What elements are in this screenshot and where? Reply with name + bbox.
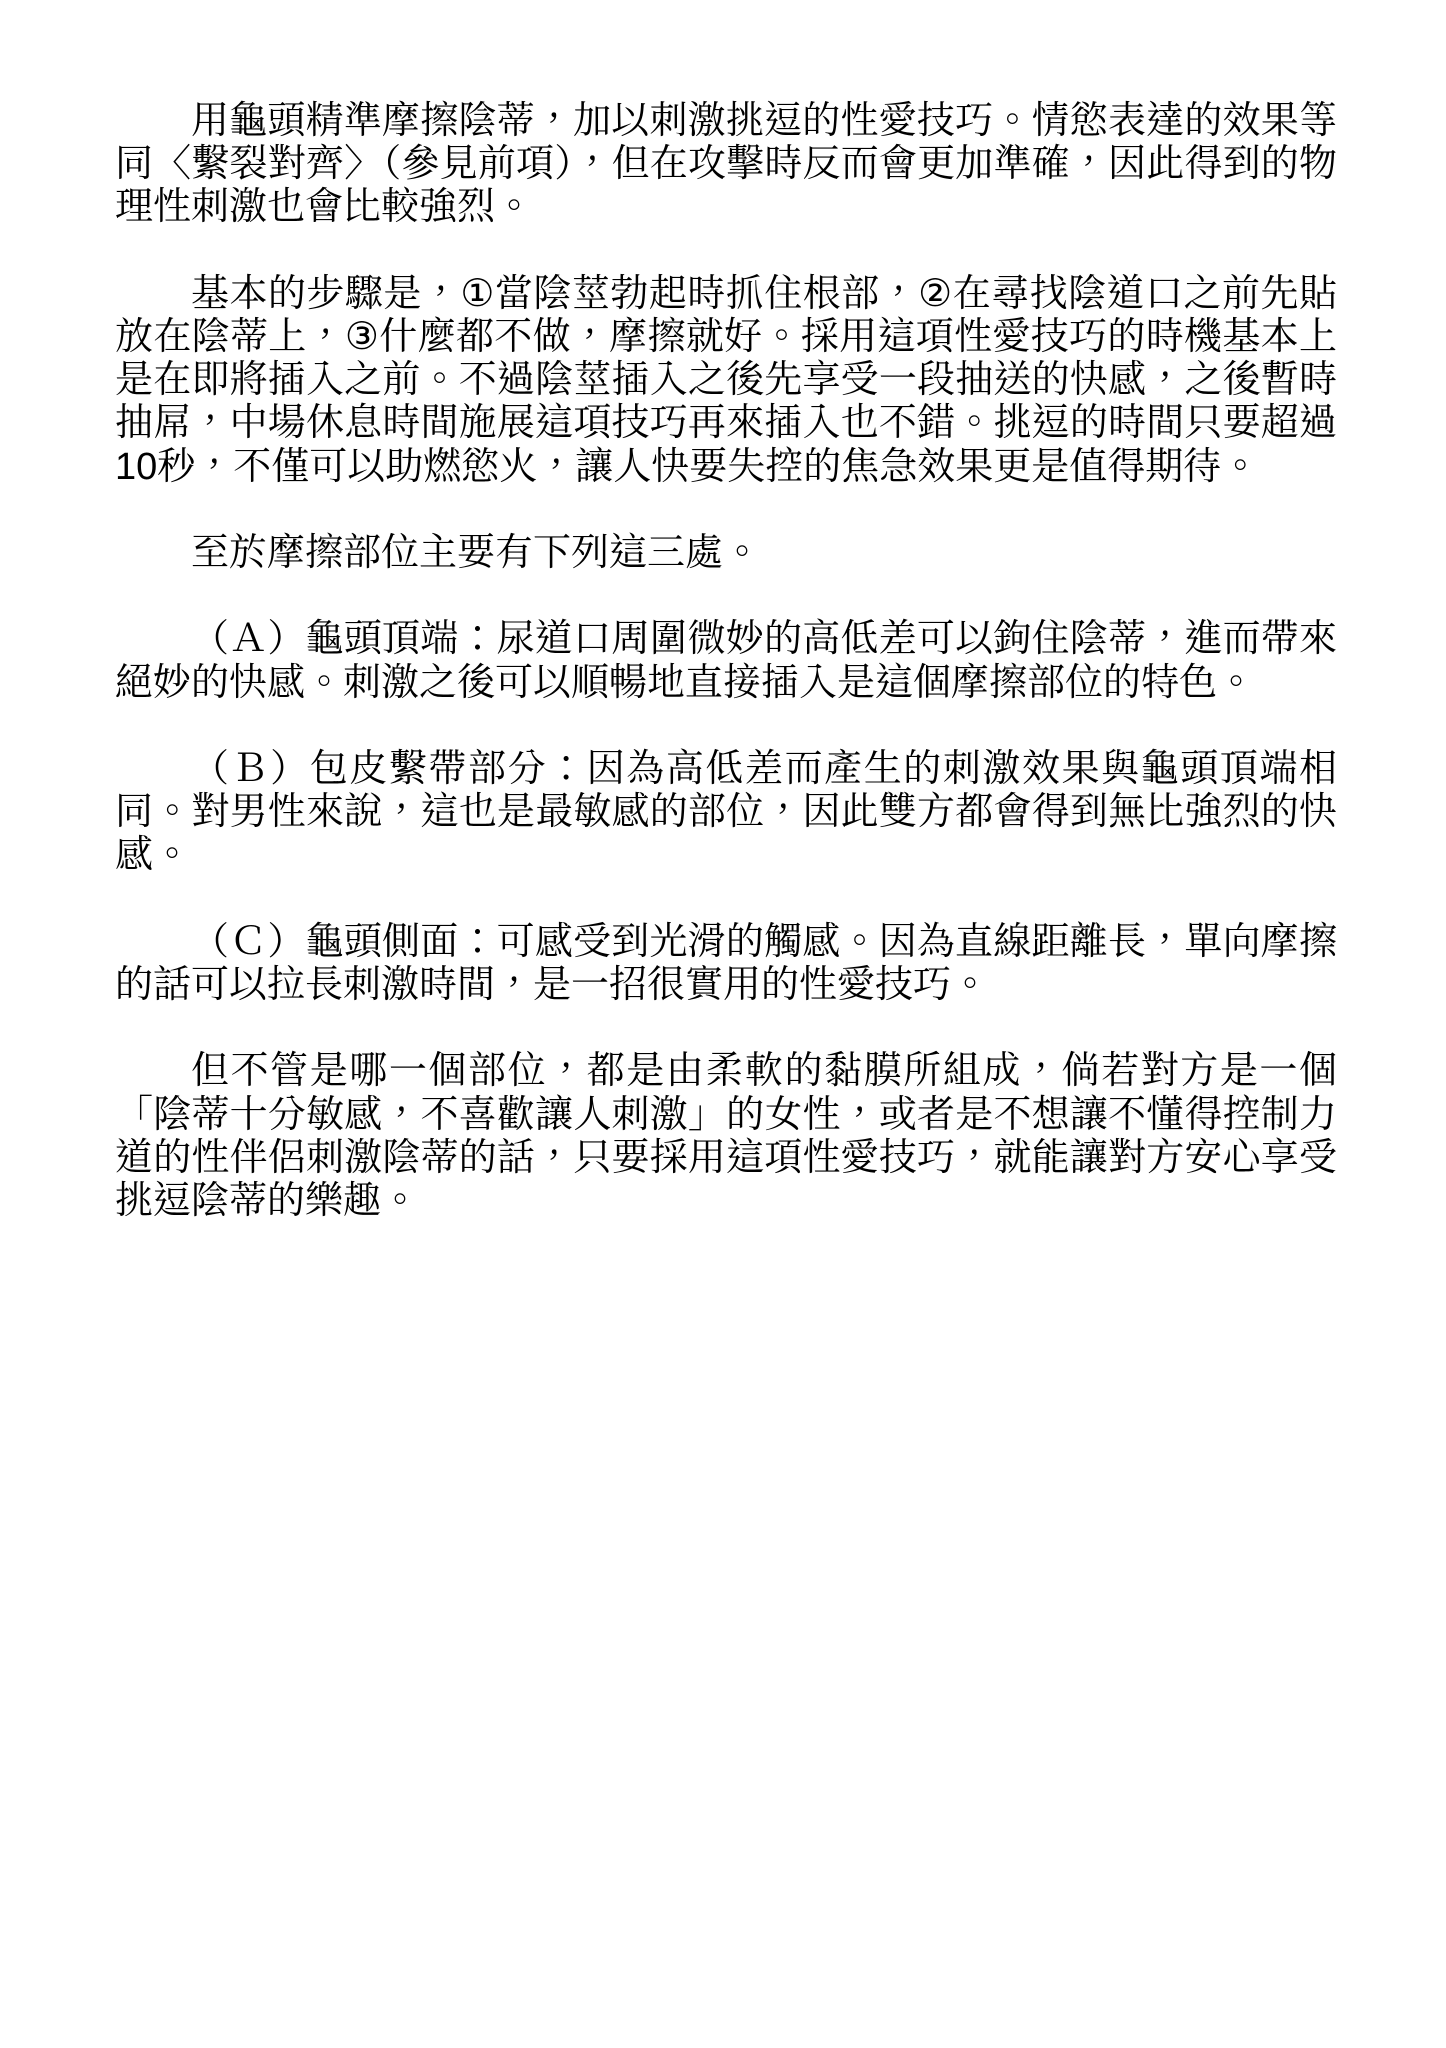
paragraph-3: 至於摩擦部位主要有下列這三處。	[115, 532, 1337, 575]
paragraph-4-item-a: （Ａ）龜頭頂端：尿道口周圍微妙的高低差可以鉤住陰蒂，進而帶來絕妙的快感。刺激之後…	[115, 618, 1337, 704]
paragraph-5-item-b: （Ｂ）包皮繫帶部分：因為高低差而產生的刺激效果與龜頭頂端相同。對男性來說，這也是…	[115, 748, 1337, 878]
paragraph-7: 但不管是哪一個部位，都是由柔軟的黏膜所組成，倘若對方是一個「陰蒂十分敏感，不喜歡…	[115, 1050, 1337, 1223]
paragraph-6-item-c: （Ｃ）龜頭側面：可感受到光滑的觸感。因為直線距離長，單向摩擦的話可以拉長刺激時間…	[115, 921, 1337, 1007]
document-page: 用龜頭精準摩擦陰蒂，加以刺激挑逗的性愛技巧。情慾表達的效果等同〈繫裂對齊〉（參見…	[0, 0, 1446, 2048]
paragraph-1: 用龜頭精準摩擦陰蒂，加以刺激挑逗的性愛技巧。情慾表達的效果等同〈繫裂對齊〉（參見…	[115, 100, 1337, 230]
paragraph-2: 基本的步驟是，①當陰莖勃起時抓住根部，②在尋找陰道口之前先貼放在陰蒂上，③什麼都…	[115, 273, 1337, 489]
body-text: 用龜頭精準摩擦陰蒂，加以刺激挑逗的性愛技巧。情慾表達的效果等同〈繫裂對齊〉（參見…	[115, 100, 1337, 1223]
